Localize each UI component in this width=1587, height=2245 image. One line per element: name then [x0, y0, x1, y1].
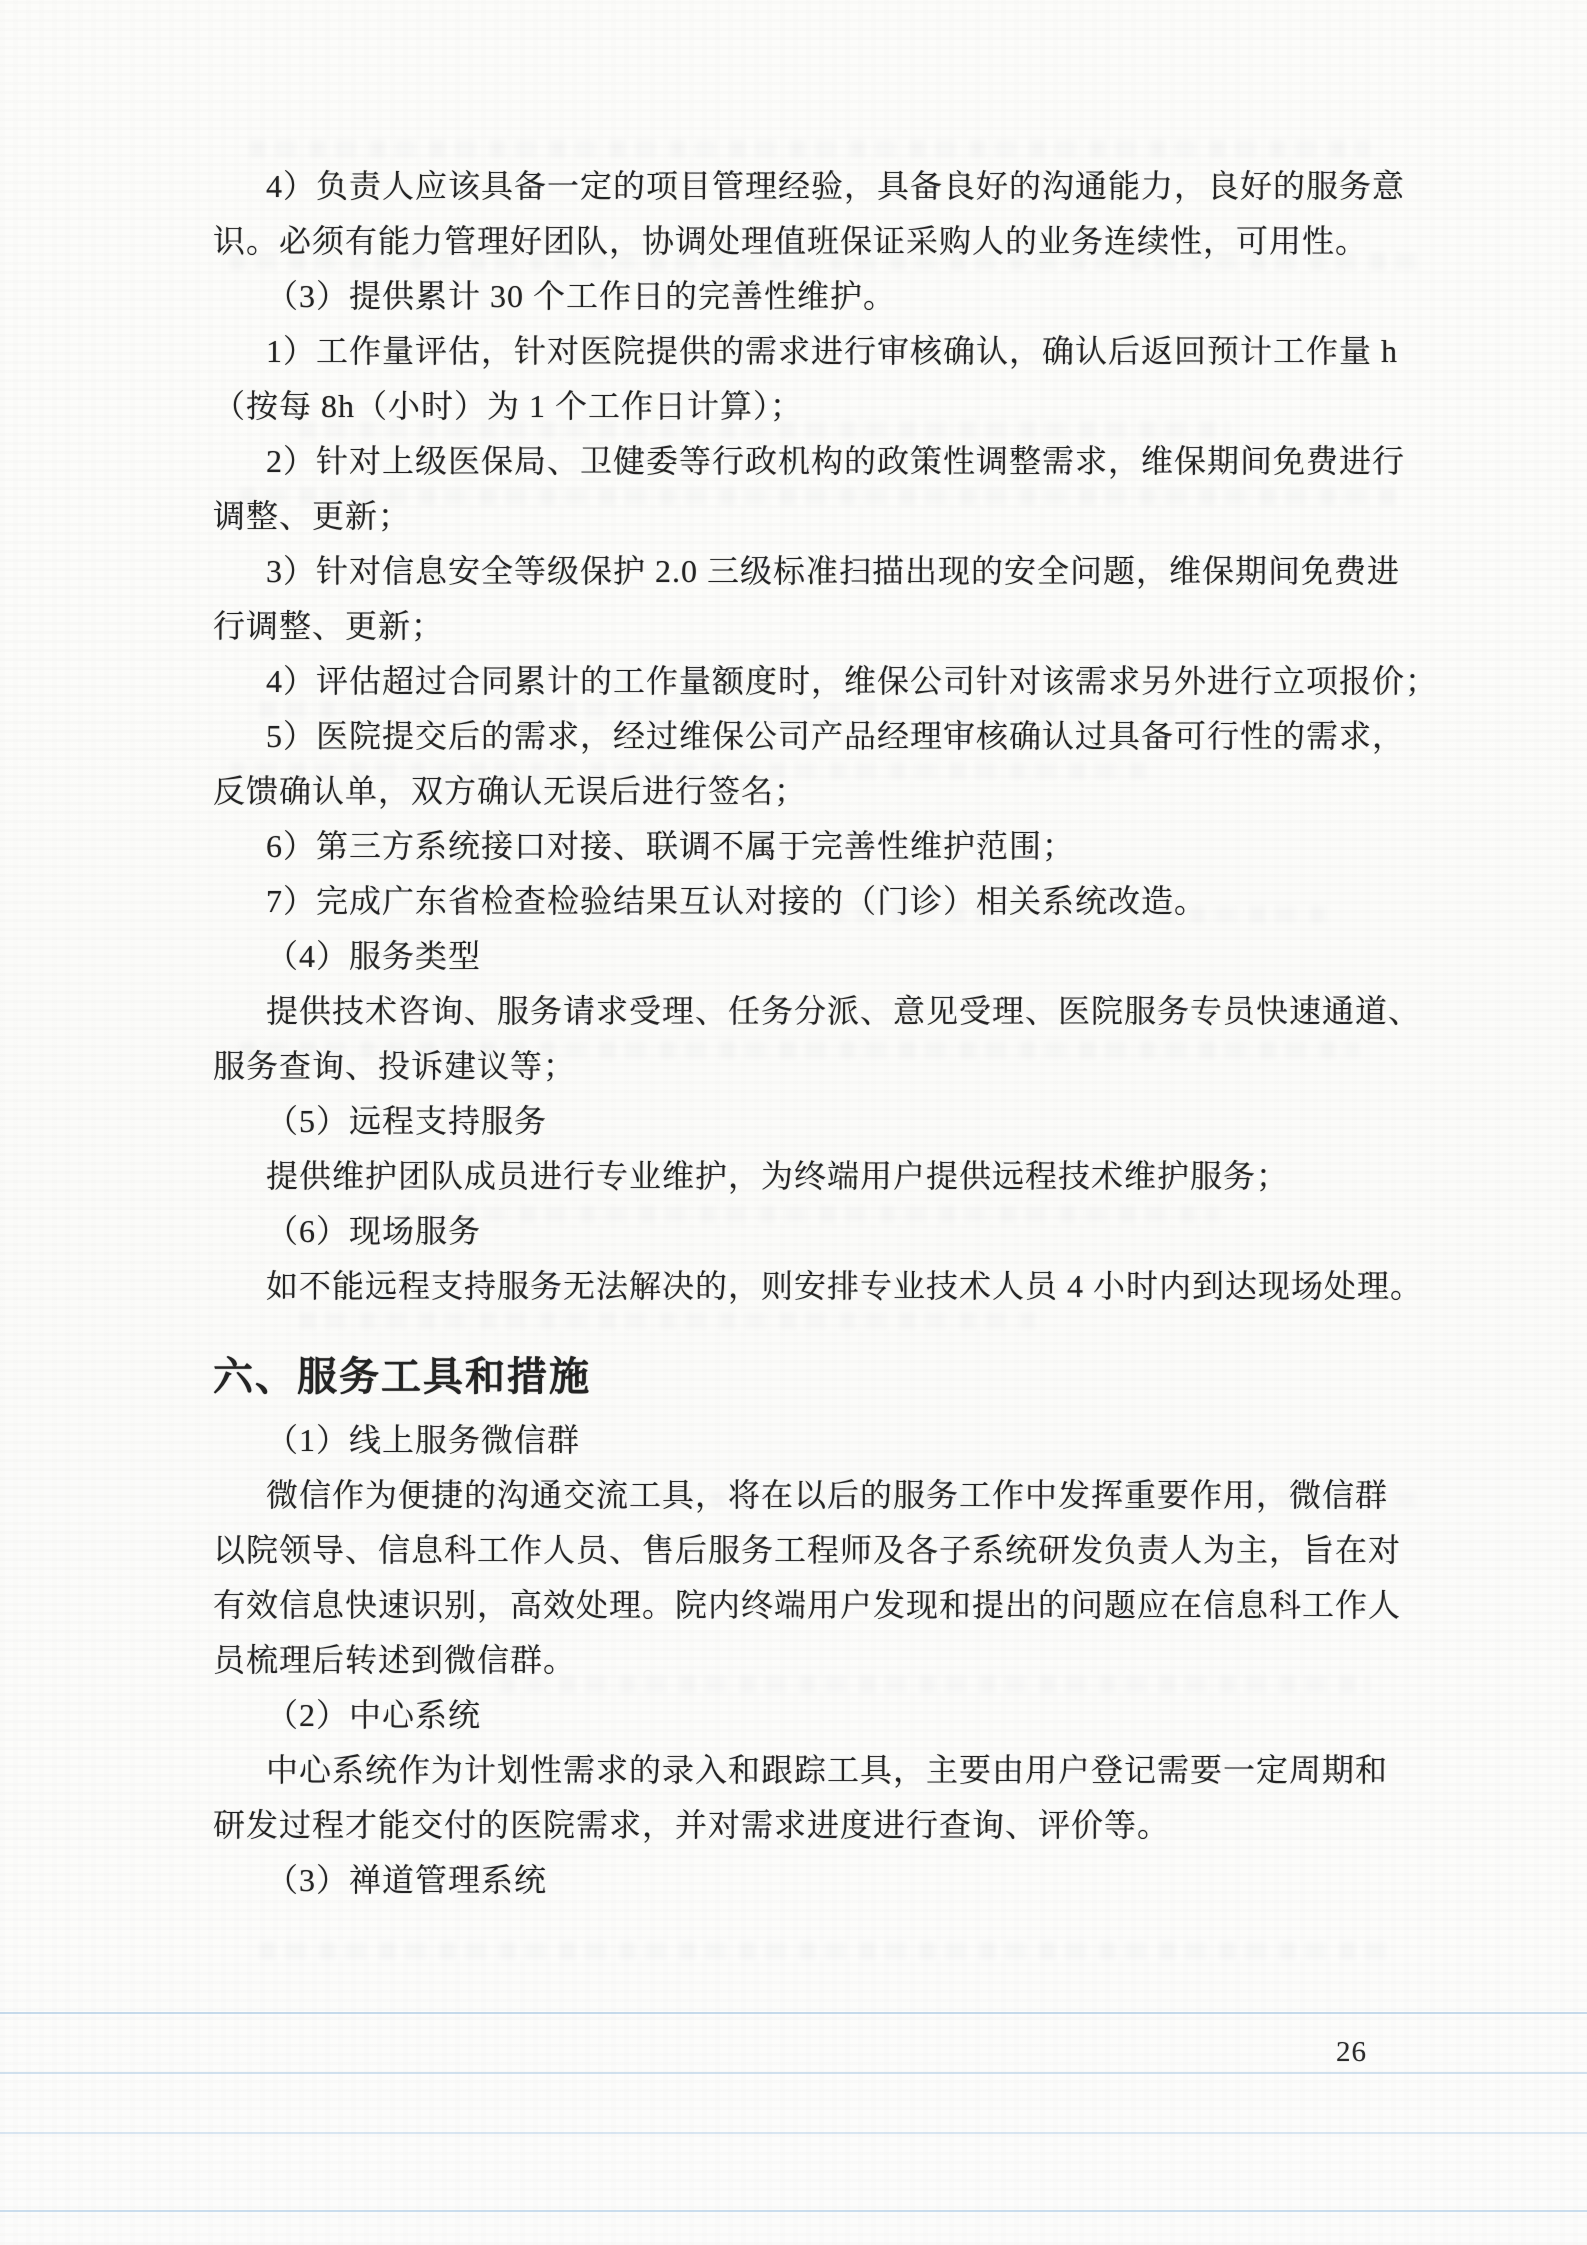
- text-line-content: 4）负责人应该具备一定的项目管理经验，具备良好的沟通能力，良好的服务意: [266, 168, 1405, 204]
- text-line: 有效信息快速识别，高效处理。院内终端用户发现和提出的问题应在信息科工作人: [213, 1578, 1461, 1633]
- document-body: 4）负责人应该具备一定的项目管理经验，具备良好的沟通能力，良好的服务意 识。必须…: [213, 159, 1461, 1908]
- ruled-scanline: [0, 2132, 1587, 2134]
- text-line: 4）负责人应该具备一定的项目管理经验，具备良好的沟通能力，良好的服务意: [213, 159, 1461, 214]
- text-line: 员梳理后转述到微信群。: [213, 1633, 1461, 1688]
- text-line: 研发过程才能交付的医院需求，并对需求进度进行查询、评价等。: [213, 1798, 1461, 1853]
- text-line: 以院领导、信息科工作人员、售后服务工程师及各子系统研发负责人为主，旨在对: [213, 1523, 1461, 1578]
- document-page: 4）负责人应该具备一定的项目管理经验，具备良好的沟通能力，良好的服务意 识。必须…: [0, 0, 1587, 2245]
- text-line-content: 2）针对上级医保局、卫健委等行政机构的政策性调整需求，维保期间免费进行: [266, 443, 1405, 479]
- text-line: 3）针对信息安全等级保护 2.0 三级标准扫描出现的安全问题，维保期间免费进: [213, 544, 1461, 599]
- text-line: 反馈确认单，双方确认无误后进行签名；: [213, 764, 1461, 819]
- text-line: 行调整、更新；: [213, 599, 1461, 654]
- text-line-content: 6）第三方系统接口对接、联调不属于完善性维护范围；: [266, 828, 1075, 864]
- text-line: 2）针对上级医保局、卫健委等行政机构的政策性调整需求，维保期间免费进行: [213, 434, 1461, 489]
- text-line-content: 六、服务工具和措施: [213, 1354, 591, 1399]
- text-line-content: 4）评估超过合同累计的工作量额度时，维保公司针对该需求另外进行立项报价；: [266, 663, 1438, 699]
- text-line-content: 中心系统作为计划性需求的录入和跟踪工具，主要由用户登记需要一定周期和: [266, 1752, 1388, 1788]
- text-line-content: 识。必须有能力管理好团队，协调处理值班保证采购人的业务连续性，可用性。: [213, 223, 1368, 259]
- text-line-content: 研发过程才能交付的医院需求，并对需求进度进行查询、评价等。: [213, 1807, 1170, 1843]
- page-number: 26: [1336, 2036, 1367, 2069]
- text-line: （2）中心系统: [213, 1688, 1461, 1743]
- bleedthrough-artifact: [260, 1942, 1390, 1959]
- text-line-content: （4）服务类型: [266, 938, 481, 974]
- text-line: 7）完成广东省检查检验结果互认对接的（门诊）相关系统改造。: [213, 874, 1461, 929]
- text-line-content: （2）中心系统: [266, 1697, 481, 1733]
- text-line-content: 3）针对信息安全等级保护 2.0 三级标准扫描出现的安全问题，维保期间免费进: [266, 553, 1400, 589]
- ruled-scanline: [0, 2072, 1587, 2074]
- text-line: （3）提供累计 30 个工作日的完善性维护。: [213, 269, 1461, 324]
- text-line: 提供技术咨询、服务请求受理、任务分派、意见受理、医院服务专员快速通道、: [213, 984, 1461, 1039]
- text-line: 如不能远程支持服务无法解决的，则安排专业技术人员 4 小时内到达现场处理。: [213, 1259, 1461, 1314]
- text-line: 6）第三方系统接口对接、联调不属于完善性维护范围；: [213, 819, 1461, 874]
- text-line-content: （6）现场服务: [266, 1213, 481, 1249]
- text-line-content: （1）线上服务微信群: [266, 1422, 580, 1458]
- text-line-content: 行调整、更新；: [213, 608, 444, 644]
- text-line-content: 如不能远程支持服务无法解决的，则安排专业技术人员 4 小时内到达现场处理。: [266, 1268, 1423, 1304]
- ruled-scanline: [0, 2210, 1587, 2212]
- text-line-content: 员梳理后转述到微信群。: [213, 1642, 576, 1678]
- text-line: 4）评估超过合同累计的工作量额度时，维保公司针对该需求另外进行立项报价；: [213, 654, 1461, 709]
- text-line: 调整、更新；: [213, 489, 1461, 544]
- text-line: （5）远程支持服务: [213, 1094, 1461, 1149]
- text-line-content: 调整、更新；: [213, 498, 411, 534]
- text-line-content: 微信作为便捷的沟通交流工具，将在以后的服务工作中发挥重要作用，微信群: [266, 1477, 1388, 1513]
- text-line: （按每 8h（小时）为 1 个工作日计算）；: [213, 379, 1461, 434]
- bleedthrough-artifact: [250, 140, 1370, 157]
- text-line: 中心系统作为计划性需求的录入和跟踪工具，主要由用户登记需要一定周期和: [213, 1743, 1461, 1798]
- text-line: （3）禅道管理系统: [213, 1853, 1461, 1908]
- text-line-content: （3）提供累计 30 个工作日的完善性维护。: [266, 278, 896, 314]
- text-line: 微信作为便捷的沟通交流工具，将在以后的服务工作中发挥重要作用，微信群: [213, 1468, 1461, 1523]
- text-line-content: 提供技术咨询、服务请求受理、任务分派、意见受理、医院服务专员快速通道、: [266, 993, 1421, 1029]
- text-line: 5）医院提交后的需求，经过维保公司产品经理审核确认过具备可行性的需求，: [213, 709, 1461, 764]
- text-line-content: （5）远程支持服务: [266, 1103, 547, 1139]
- text-line: 六、服务工具和措施: [213, 1353, 1461, 1401]
- text-line: （6）现场服务: [213, 1204, 1461, 1259]
- text-line-content: 服务查询、投诉建议等；: [213, 1048, 576, 1084]
- text-line: （1）线上服务微信群: [213, 1413, 1461, 1468]
- text-line-content: （按每 8h（小时）为 1 个工作日计算）；: [213, 388, 803, 424]
- text-line-content: 反馈确认单，双方确认无误后进行签名；: [213, 773, 807, 809]
- text-line-content: 7）完成广东省检查检验结果互认对接的（门诊）相关系统改造。: [266, 883, 1207, 919]
- text-line-content: 提供维护团队成员进行专业维护，为终端用户提供远程技术维护服务；: [266, 1158, 1289, 1194]
- text-line: 服务查询、投诉建议等；: [213, 1039, 1461, 1094]
- text-line-content: 1）工作量评估，针对医院提供的需求进行审核确认，确认后返回预计工作量 h: [266, 333, 1398, 369]
- text-line-content: 5）医院提交后的需求，经过维保公司产品经理审核确认过具备可行性的需求，: [266, 718, 1405, 754]
- ruled-scanline: [0, 2012, 1587, 2014]
- text-line-content: 有效信息快速识别，高效处理。院内终端用户发现和提出的问题应在信息科工作人: [213, 1587, 1401, 1623]
- text-line: 提供维护团队成员进行专业维护，为终端用户提供远程技术维护服务；: [213, 1149, 1461, 1204]
- text-line: （4）服务类型: [213, 929, 1461, 984]
- text-line: 识。必须有能力管理好团队，协调处理值班保证采购人的业务连续性，可用性。: [213, 214, 1461, 269]
- text-line-content: （3）禅道管理系统: [266, 1862, 547, 1898]
- text-line-content: 以院领导、信息科工作人员、售后服务工程师及各子系统研发负责人为主，旨在对: [213, 1532, 1401, 1568]
- text-line: 1）工作量评估，针对医院提供的需求进行审核确认，确认后返回预计工作量 h: [213, 324, 1461, 379]
